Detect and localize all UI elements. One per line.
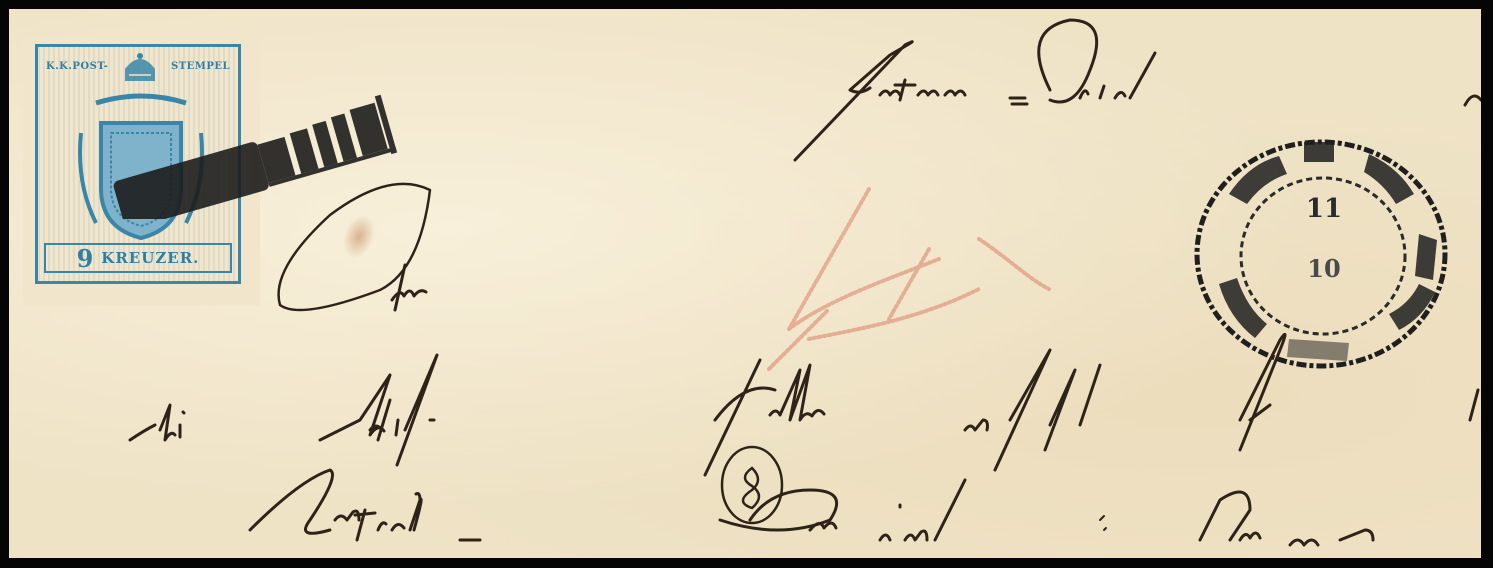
handwritten-address	[9, 9, 1481, 558]
envelope-paper: K.K.POST- STEMPEL 9 KREUZER.	[9, 9, 1481, 558]
